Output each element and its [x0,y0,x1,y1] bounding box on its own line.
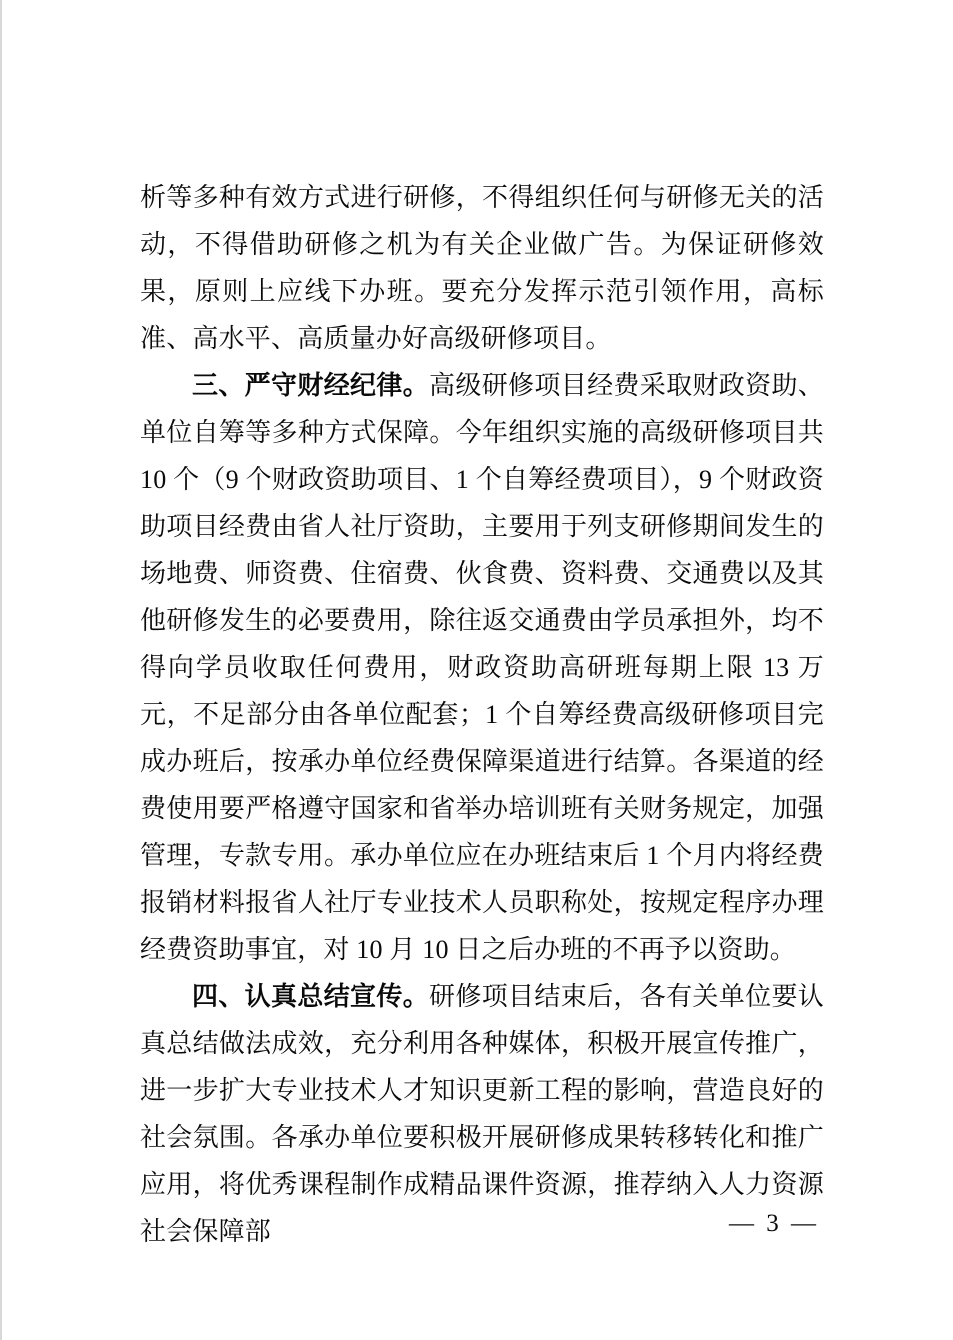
document-page: 析等多种有效方式进行研修，不得组织任何与研修无关的活动，不得借助研修之机为有关企… [0,0,953,1340]
body-text: 高级研修项目经费采取财政资助、单位自筹等多种方式保障。今年组织实施的高级研修项目… [140,371,824,964]
paragraph: 三、严守财经纪律。高级研修项目经费采取财政资助、单位自筹等多种方式保障。今年组织… [140,362,824,973]
paragraph: 析等多种有效方式进行研修，不得组织任何与研修无关的活动，不得借助研修之机为有关企… [140,174,824,362]
section-heading: 三、严守财经纪律。 [192,371,429,400]
paragraph: 四、认真总结宣传。研修项目结束后，各有关单位要认真总结做法成效，充分利用各种媒体… [140,973,824,1255]
page-number: — 3 — [729,1210,819,1238]
body-text: 析等多种有效方式进行研修，不得组织任何与研修无关的活动，不得借助研修之机为有关企… [140,183,824,353]
section-heading: 四、认真总结宣传。 [192,982,429,1011]
document-body: 析等多种有效方式进行研修，不得组织任何与研修无关的活动，不得借助研修之机为有关企… [140,174,824,1255]
body-text: 研修项目结束后，各有关单位要认真总结做法成效，充分利用各种媒体，积极开展宣传推广… [140,982,824,1246]
